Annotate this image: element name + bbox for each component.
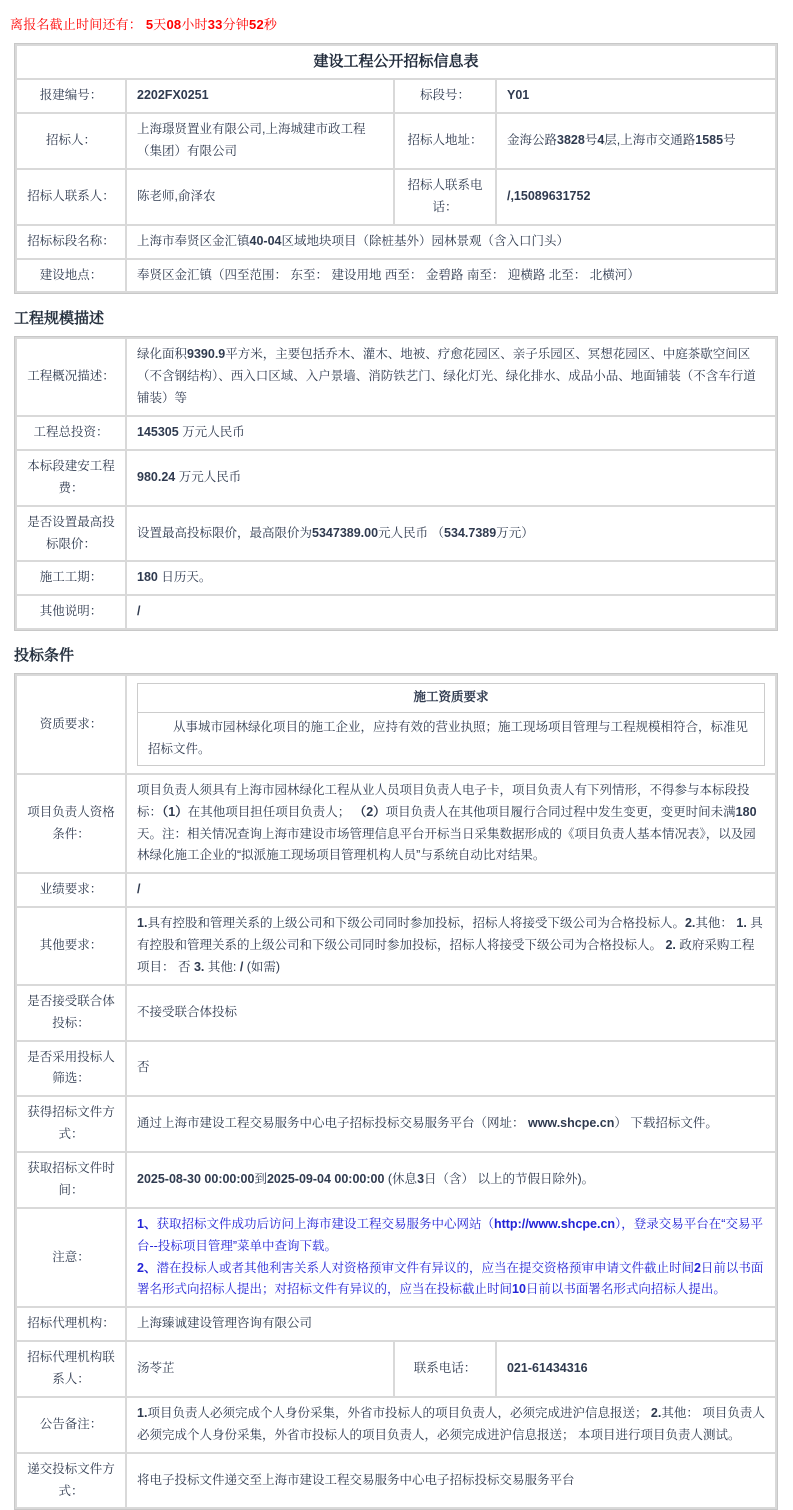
text-segment: 号: [723, 133, 736, 147]
text-segment: 金海公路: [507, 133, 557, 147]
label-bidder-screening: 是否采用投标人筛选：: [17, 1042, 125, 1096]
table-row: 是否设置最高投标限价： 设置最高投标限价，最高限价为5347389.00元人民币…: [17, 507, 775, 561]
value-performance: /: [127, 874, 775, 906]
table-row: 公告备注： 1.项目负责人必须完成个人身份采集，外省市投标人的项目负责人，必须完…: [17, 1398, 775, 1452]
label-agency: 招标代理机构：: [17, 1308, 125, 1340]
text-segment: 2025-09-04 00:00:00: [267, 1172, 384, 1186]
value-other-notes: /: [127, 596, 775, 628]
value-location: 奉贤区金汇镇（四至范围： 东至： 建设用地 西至： 金碧路 南至： 迎横路 北至…: [127, 260, 775, 292]
text-segment: ） 下载招标文件。: [614, 1116, 717, 1130]
text-segment: 万元）: [496, 526, 534, 540]
table-row: 业绩要求： /: [17, 874, 775, 906]
label-price-cap: 是否设置最高投标限价：: [17, 507, 125, 561]
table-row: 获得招标文件方式： 通过上海市建设工程交易服务中心电子招标投标交易服务平台（网址…: [17, 1097, 775, 1151]
table-row: 递交投标文件方式： 将电子投标文件递交至上海市建设工程交易服务中心电子招标投标交…: [17, 1454, 775, 1508]
label-notice: 注意：: [17, 1209, 125, 1307]
bid-info-table: 建设工程公开招标信息表 报建编号： 2202FX0251 标段号： Y01 招标…: [14, 43, 778, 294]
label-tenderer-phone: 招标人联系电话：: [395, 170, 495, 224]
text-segment: 具有控股和管理关系的上级公司和下级公司同时参加投标，招标人将接受下级公司为合格投…: [147, 916, 685, 930]
value-notice: 1、获取招标文件成功后访问上海市建设工程交易服务中心网站（http://www.…: [127, 1209, 775, 1307]
text-segment: 3: [417, 1172, 424, 1186]
label-obtain-time: 获取招标文件时间：: [17, 1153, 125, 1207]
label-tenderer-address: 招标人地址：: [395, 114, 495, 168]
text-segment: 2025-08-30 00:00:00: [137, 1172, 254, 1186]
value-tenderer-address: 金海公路3828号4层,上海市交通路1585号: [497, 114, 775, 168]
value-section-no: Y01: [497, 80, 775, 112]
table-row: 其他说明： /: [17, 596, 775, 628]
text-segment: 1、: [137, 1217, 156, 1231]
table-row: 是否采用投标人筛选： 否: [17, 1042, 775, 1096]
text-segment: 离报名截止时间还有：: [10, 17, 146, 32]
text-segment: 其他:: [208, 960, 240, 974]
label-duration: 施工工期：: [17, 562, 125, 594]
text-segment: 1.: [736, 916, 750, 930]
text-segment: 9390.9: [187, 347, 225, 361]
table-row: 工程总投资： 145305 万元人民币: [17, 417, 775, 449]
value-total-investment: 145305 万元人民币: [127, 417, 775, 449]
text-segment: 获取招标文件成功后访问上海市建设工程交易服务中心网站（: [156, 1217, 494, 1231]
text-segment: 1.: [137, 1406, 147, 1420]
table-row: 项目负责人资格条件： 项目负责人须具有上海市园林绿化工程从业人员项目负责人电子卡…: [17, 775, 775, 873]
qualification-inner-title: 施工资质要求: [138, 684, 765, 713]
countdown-timer: 离报名截止时间还有： 5天08小时33分钟52秒: [10, 14, 793, 33]
page-title: 建设工程公开招标信息表: [17, 46, 775, 78]
table-row: 注意： 1、获取招标文件成功后访问上海市建设工程交易服务中心网站（http://…: [17, 1209, 775, 1307]
label-tenderer-contact: 招标人联系人：: [17, 170, 125, 224]
value-other-requirements: 1.具有控股和管理关系的上级公司和下级公司同时参加投标，招标人将接受下级公司为合…: [127, 908, 775, 984]
text-segment: 180: [736, 805, 757, 819]
value-duration: 180 日历天。: [127, 562, 775, 594]
value-construction-cost: 980.24 万元人民币: [127, 451, 775, 505]
table-row: 报建编号： 2202FX0251 标段号： Y01: [17, 80, 775, 112]
label-announcement-notes: 公告备注：: [17, 1398, 125, 1452]
value-price-cap: 设置最高投标限价，最高限价为5347389.00元人民币 （534.7389万元…: [127, 507, 775, 561]
label-project-no: 报建编号：: [17, 80, 125, 112]
label-location: 建设地点：: [17, 260, 125, 292]
value-submission-method: 将电子投标文件递交至上海市建设工程交易服务中心电子招标投标交易服务平台: [127, 1454, 775, 1508]
table-row: 招标代理机构联系人： 汤苓芷 联系电话： 021-61434316: [17, 1342, 775, 1396]
text-segment: 2.: [665, 938, 679, 952]
table-row: 施工工期： 180 日历天。: [17, 562, 775, 594]
table-row: 招标标段名称： 上海市奉贤区金汇镇40-04区域地块项目（除桩基外）园林景观（含…: [17, 226, 775, 258]
text-segment: 40-04: [250, 234, 282, 248]
value-agency-contact: 汤苓芷: [127, 1342, 393, 1396]
text-segment: 潜在投标人或者其他利害关系人对资格预审文件有异议的，应当在提交资格预审申请文件截…: [156, 1261, 694, 1275]
value-tenderer-contact: 陈老师,俞泽农: [127, 170, 393, 224]
text-segment: 021-61434316: [507, 1361, 588, 1375]
label-section-name: 招标标段名称：: [17, 226, 125, 258]
table-row: 建设地点： 奉贤区金汇镇（四至范围： 东至： 建设用地 西至： 金碧路 南至： …: [17, 260, 775, 292]
text-segment: 号: [585, 133, 598, 147]
text-segment: （1）: [162, 805, 188, 819]
label-consortium: 是否接受联合体投标：: [17, 986, 125, 1040]
text-segment: 145305: [137, 425, 179, 439]
text-segment: 日（含） 以上的节假日除外)。: [424, 1172, 594, 1186]
text-segment: 2、: [137, 1261, 156, 1275]
table-row: 从事城市园林绿化项目的施工企业，应持有效的营业执照；施工现场项目管理与工程规模相…: [138, 713, 765, 766]
text-segment: www.shcpe.cn: [528, 1116, 614, 1130]
value-agency: 上海臻诚建设管理咨询有限公司: [127, 1308, 775, 1340]
text-segment: 万元人民币: [179, 425, 245, 439]
text-segment: 日前以书面署名形式向招标人提出。: [526, 1282, 726, 1296]
text-segment: 项目负责人在其他项目履行合同过程中发生变更，变更时间未满: [386, 805, 736, 819]
section-heading-scale: 工程规模描述: [14, 307, 793, 328]
text-segment: 小时: [181, 17, 207, 32]
text-segment: 天: [153, 17, 166, 32]
table-row: 招标代理机构： 上海臻诚建设管理咨询有限公司: [17, 1308, 775, 1340]
qualification-inner-body: 从事城市园林绿化项目的施工企业，应持有效的营业执照；施工现场项目管理与工程规模相…: [138, 713, 765, 766]
text-segment: 通过上海市建设工程交易服务中心电子招标投标交易服务平台（网址：: [137, 1116, 528, 1130]
text-segment: 3828: [557, 133, 585, 147]
text-segment: 10: [512, 1282, 526, 1296]
text-segment: 元人民币 （: [378, 526, 444, 540]
value-overview: 绿化面积9390.9平方米，主要包括乔木、灌木、地被、疗愈花园区、亲子乐园区、冥…: [127, 339, 775, 415]
text-segment: 日历天。: [158, 570, 211, 584]
text-segment: 绿化面积: [137, 347, 187, 361]
text-segment: 万元人民币: [175, 470, 241, 484]
table-title-row: 建设工程公开招标信息表: [17, 46, 775, 78]
table-row: 招标人联系人： 陈老师,俞泽农 招标人联系电话： /,15089631752: [17, 170, 775, 224]
text-segment: 设置最高投标限价，最高限价为: [137, 526, 312, 540]
label-overview: 工程概况描述：: [17, 339, 125, 415]
label-construction-cost: 本标段建安工程费：: [17, 451, 125, 505]
text-segment: http://www.shcpe.cn: [494, 1217, 615, 1231]
text-segment: 180: [137, 570, 158, 584]
text-segment: 层,上海市交通路: [604, 133, 695, 147]
text-segment: 其他：: [695, 916, 736, 930]
text-segment: (如需): [243, 960, 280, 974]
text-segment: 2.: [651, 1406, 661, 1420]
text-segment: (休息: [384, 1172, 417, 1186]
label-obtain-method: 获得招标文件方式：: [17, 1097, 125, 1151]
qualification-inner-table: 施工资质要求 从事城市园林绿化项目的施工企业，应持有效的营业执照；施工现场项目管…: [137, 683, 765, 766]
label-agency-contact: 招标代理机构联系人：: [17, 1342, 125, 1396]
text-segment: 2: [694, 1261, 701, 1275]
text-segment: 平方米，主要包括乔木、灌木、地被、疗愈花园区、亲子乐园区、冥想花园区、中庭茶歇空…: [137, 347, 756, 405]
value-consortium: 不接受联合体投标: [127, 986, 775, 1040]
label-agency-phone: 联系电话：: [395, 1342, 495, 1396]
text-segment: 534.7389: [444, 526, 496, 540]
label-submission-method: 递交投标文件方式：: [17, 1454, 125, 1508]
text-segment: 52: [249, 17, 264, 32]
section-heading-bid-conditions: 投标条件: [14, 644, 793, 665]
text-segment: 到: [254, 1172, 267, 1186]
text-segment: 2202FX0251: [137, 88, 209, 102]
text-segment: /: [137, 882, 140, 896]
value-project-no: 2202FX0251: [127, 80, 393, 112]
value-qualification: 施工资质要求 从事城市园林绿化项目的施工企业，应持有效的营业执照；施工现场项目管…: [127, 676, 775, 773]
value-tenderer-phone: /,15089631752: [497, 170, 775, 224]
value-obtain-method: 通过上海市建设工程交易服务中心电子招标投标交易服务平台（网址： www.shcp…: [127, 1097, 775, 1151]
table-row: 是否接受联合体投标： 不接受联合体投标: [17, 986, 775, 1040]
text-segment: 1585: [695, 133, 723, 147]
scale-table: 工程概况描述： 绿化面积9390.9平方米，主要包括乔木、灌木、地被、疗愈花园区…: [14, 336, 778, 631]
page: 离报名截止时间还有： 5天08小时33分钟52秒 建设工程公开招标信息表 报建编…: [0, 14, 793, 1510]
value-announcement-notes: 1.项目负责人必须完成个人身份采集，外省市投标人的项目负责人，必须完成进沪信息报…: [127, 1398, 775, 1452]
label-total-investment: 工程总投资：: [17, 417, 125, 449]
text-segment: 5347389.00: [312, 526, 378, 540]
table-row: 施工资质要求: [138, 684, 765, 713]
value-bidder-screening: 否: [127, 1042, 775, 1096]
label-other-notes: 其他说明：: [17, 596, 125, 628]
value-section-name: 上海市奉贤区金汇镇40-04区域地块项目（除桩基外）园林景观（含入口门头）: [127, 226, 775, 258]
label-tenderer: 招标人：: [17, 114, 125, 168]
value-agency-phone: 021-61434316: [497, 1342, 775, 1396]
text-segment: （2）: [354, 805, 386, 819]
table-row: 工程概况描述： 绿化面积9390.9平方米，主要包括乔木、灌木、地被、疗愈花园区…: [17, 339, 775, 415]
text-segment: 分钟: [223, 17, 249, 32]
text-segment: 2.: [685, 916, 695, 930]
table-row: 获取招标文件时间： 2025-08-30 00:00:00到2025-09-04…: [17, 1153, 775, 1207]
text-segment: 秒: [264, 17, 277, 32]
text-segment: 区域地块项目（除桩基外）园林景观（含入口门头）: [282, 234, 570, 248]
label-pm-qualification: 项目负责人资格条件：: [17, 775, 125, 873]
text-segment: 1.: [137, 916, 147, 930]
text-segment: 在其他项目担任项目负责人；: [188, 805, 354, 819]
text-segment: 天。注：相关情况查询上海市建设市场管理信息平台开标当日采集数据形成的《项目负责人…: [137, 827, 756, 863]
text-segment: 3.: [194, 960, 208, 974]
text-segment: Y01: [507, 88, 529, 102]
text-segment: /,15089631752: [507, 189, 590, 203]
bid-conditions-table: 资质要求： 施工资质要求 从事城市园林绿化项目的施工企业，应持有效的营业执照；施…: [14, 673, 778, 1510]
value-tenderer: 上海璟贤置业有限公司,上海城建市政工程（集团）有限公司: [127, 114, 393, 168]
text-segment: 上海市奉贤区金汇镇: [137, 234, 250, 248]
text-segment: 33: [208, 17, 223, 32]
table-row: 招标人： 上海璟贤置业有限公司,上海城建市政工程（集团）有限公司 招标人地址： …: [17, 114, 775, 168]
label-other-requirements: 其他要求：: [17, 908, 125, 984]
text-segment: 项目负责人必须完成个人身份采集，外省市投标人的项目负责人，必须完成进沪信息报送；: [147, 1406, 650, 1420]
value-pm-qualification: 项目负责人须具有上海市园林绿化工程从业人员项目负责人电子卡，项目负责人有下列情形…: [127, 775, 775, 873]
table-row: 资质要求： 施工资质要求 从事城市园林绿化项目的施工企业，应持有效的营业执照；施…: [17, 676, 775, 773]
table-row: 其他要求： 1.具有控股和管理关系的上级公司和下级公司同时参加投标，招标人将接受…: [17, 908, 775, 984]
value-obtain-time: 2025-08-30 00:00:00到2025-09-04 00:00:00 …: [127, 1153, 775, 1207]
label-qualification: 资质要求：: [17, 676, 125, 773]
text-segment: 08: [166, 17, 181, 32]
label-section-no: 标段号：: [395, 80, 495, 112]
text-segment: 980.24: [137, 470, 175, 484]
text-segment: /: [137, 604, 140, 618]
table-row: 本标段建安工程费： 980.24 万元人民币: [17, 451, 775, 505]
label-performance: 业绩要求：: [17, 874, 125, 906]
